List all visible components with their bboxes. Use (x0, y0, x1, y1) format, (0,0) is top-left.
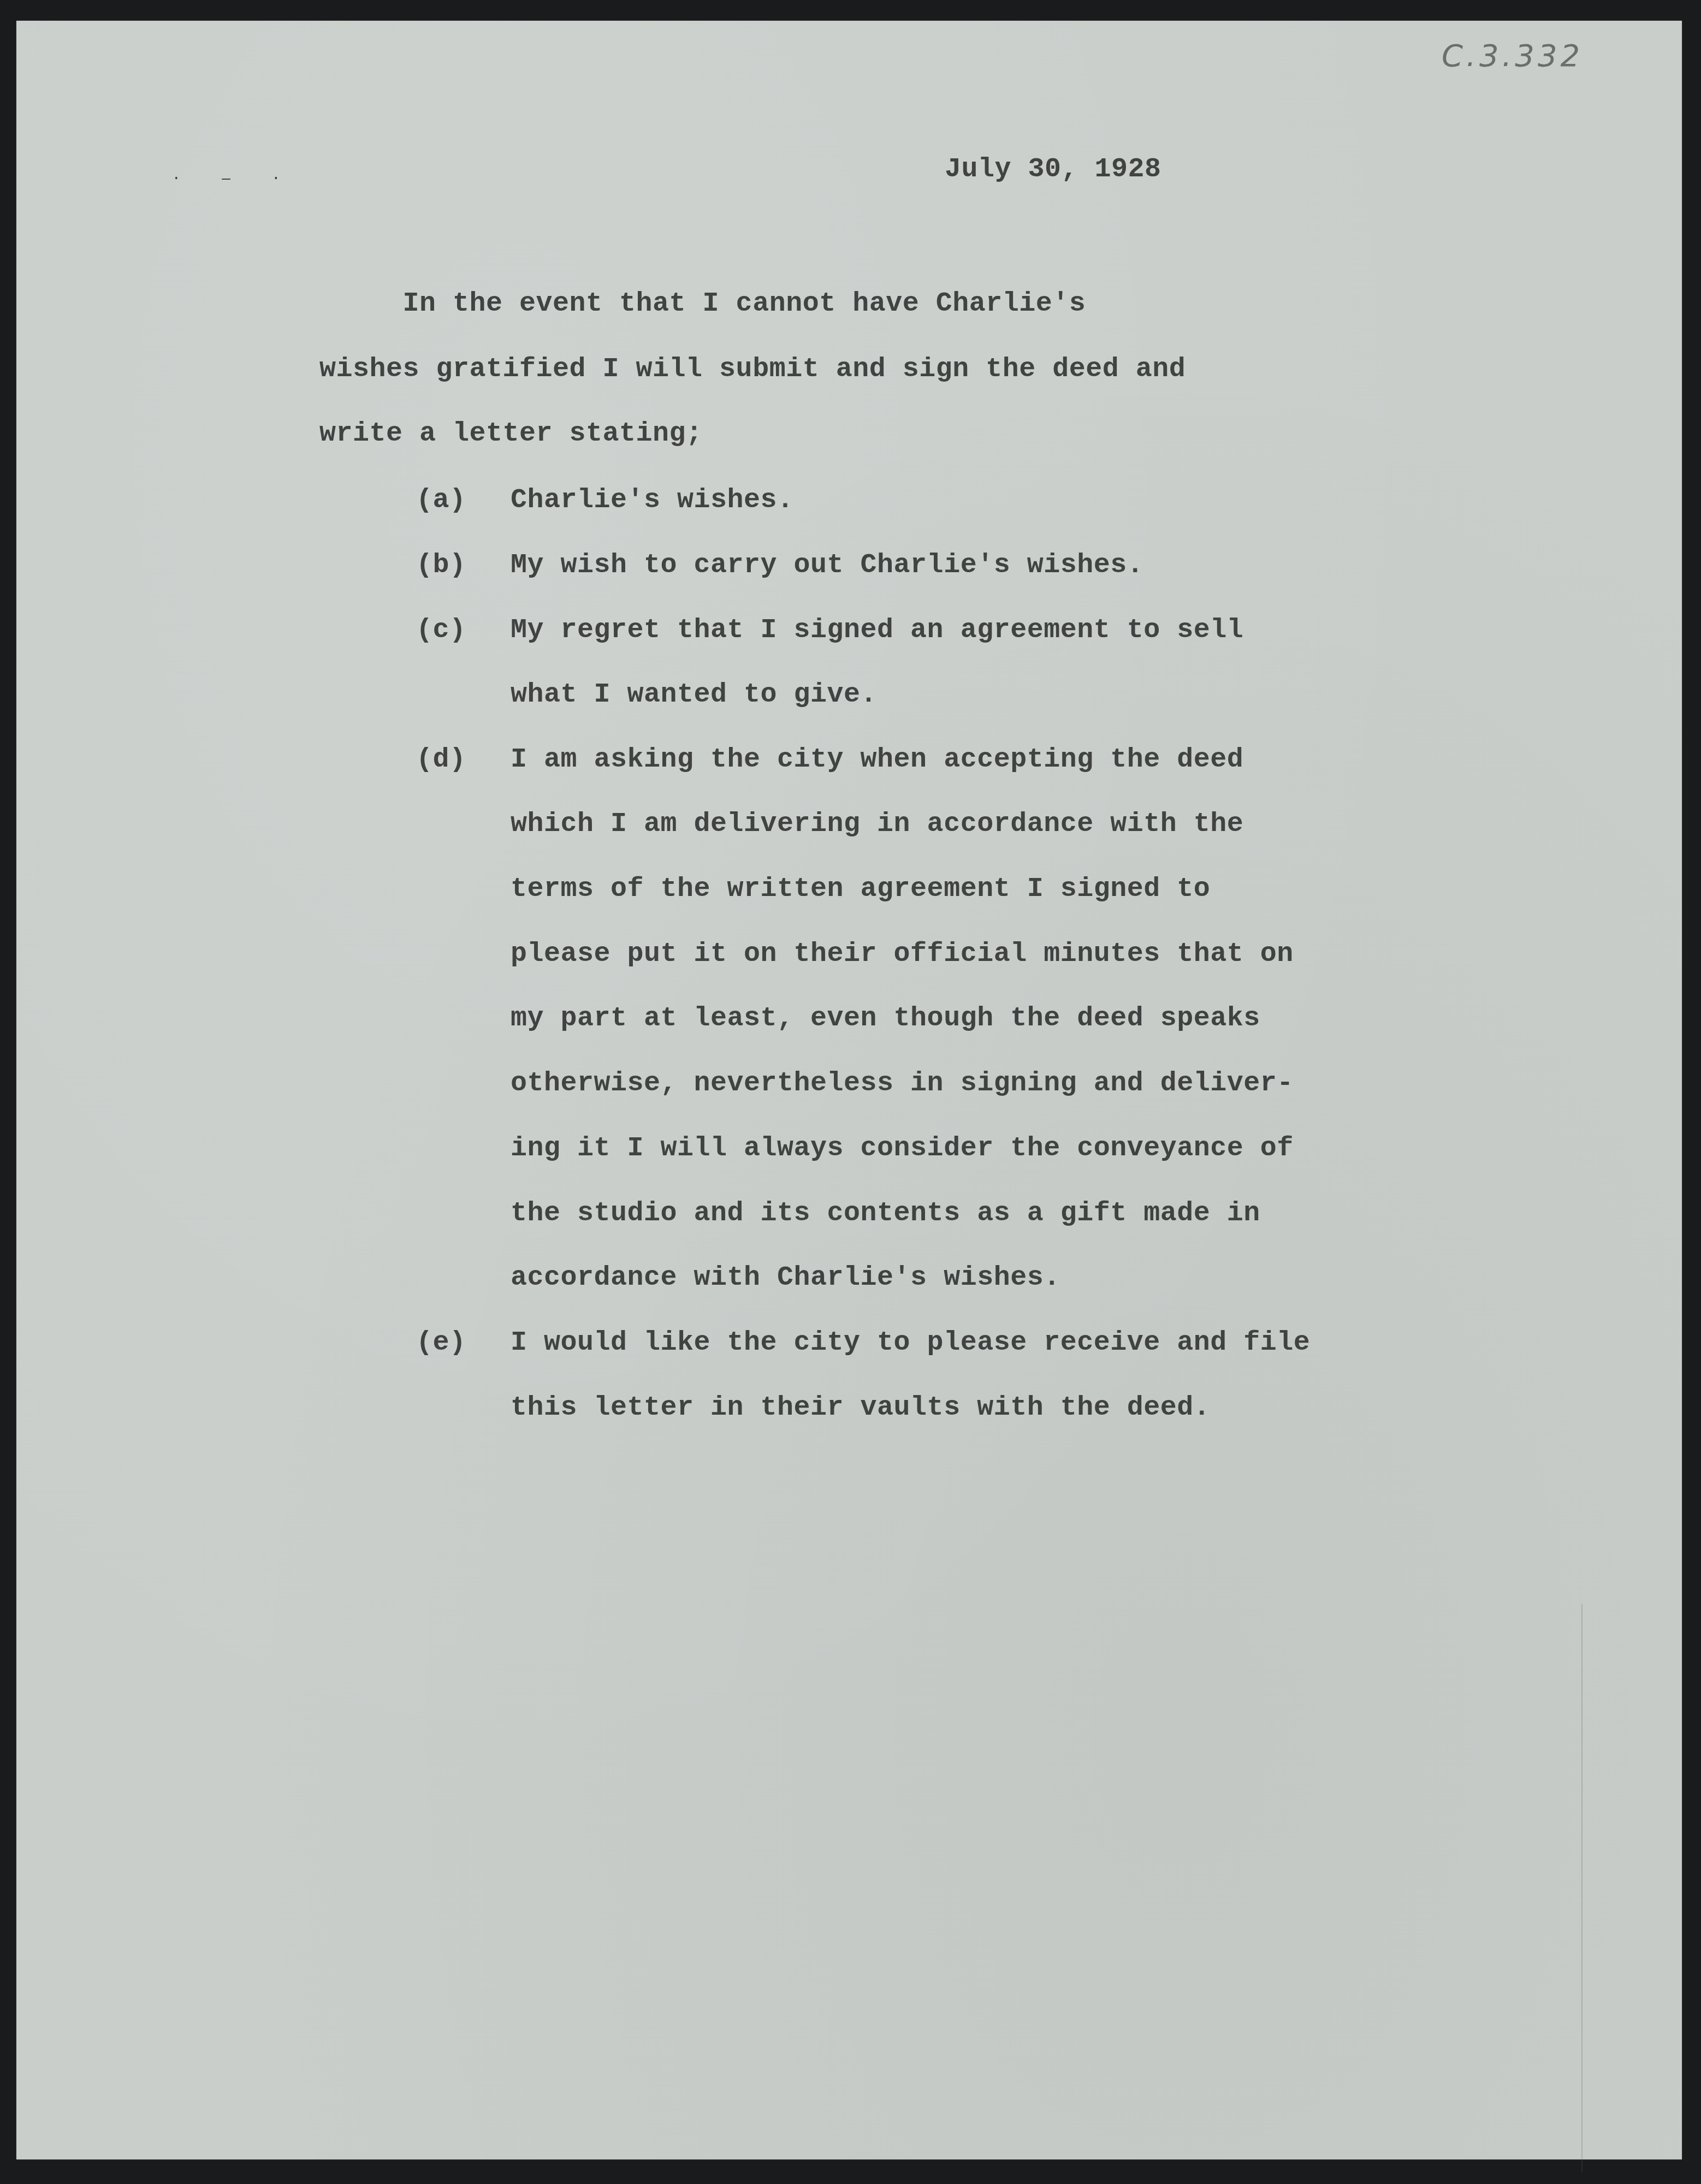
item-label-e: (e) (416, 1327, 466, 1358)
fold-line (1581, 1604, 1583, 2172)
item-d-line: my part at least, even though the deed s… (511, 1003, 1260, 1034)
intro-line: wishes gratified I will submit and sign … (319, 354, 1186, 385)
item-d-line: otherwise, nevertheless in signing and d… (511, 1068, 1294, 1099)
stray-ink-marks: · – · (172, 170, 297, 187)
intro-line: In the event that I cannot have Charlie'… (319, 288, 1086, 319)
letter-date: July 30, 1928 (945, 154, 1161, 185)
item-label-a: (a) (416, 485, 466, 516)
item-a-line: Charlie's wishes. (511, 485, 794, 516)
item-b-line: My wish to carry out Charlie's wishes. (511, 550, 1143, 581)
item-d-line: I am asking the city when accepting the … (511, 744, 1243, 775)
item-d-line: terms of the written agreement I signed … (511, 874, 1210, 905)
item-label-c: (c) (416, 615, 466, 646)
catalog-number: C.3.332 (1442, 38, 1583, 74)
item-e-line: I would like the city to please receive … (511, 1327, 1310, 1358)
item-d-line: the studio and its contents as a gift ma… (511, 1198, 1260, 1229)
item-e-line: this letter in their vaults with the dee… (511, 1392, 1210, 1423)
item-d-line: ing it I will always consider the convey… (511, 1133, 1294, 1164)
item-d-line: accordance with Charlie's wishes. (511, 1262, 1060, 1293)
item-c-line: what I wanted to give. (511, 679, 877, 710)
item-label-d: (d) (416, 744, 466, 775)
item-d-line: please put it on their official minutes … (511, 939, 1294, 970)
item-d-line: which I am delivering in accordance with… (511, 809, 1243, 840)
intro-line: write a letter stating; (319, 418, 703, 449)
item-label-b: (b) (416, 550, 466, 581)
item-c-line: My regret that I signed an agreement to … (511, 615, 1243, 646)
